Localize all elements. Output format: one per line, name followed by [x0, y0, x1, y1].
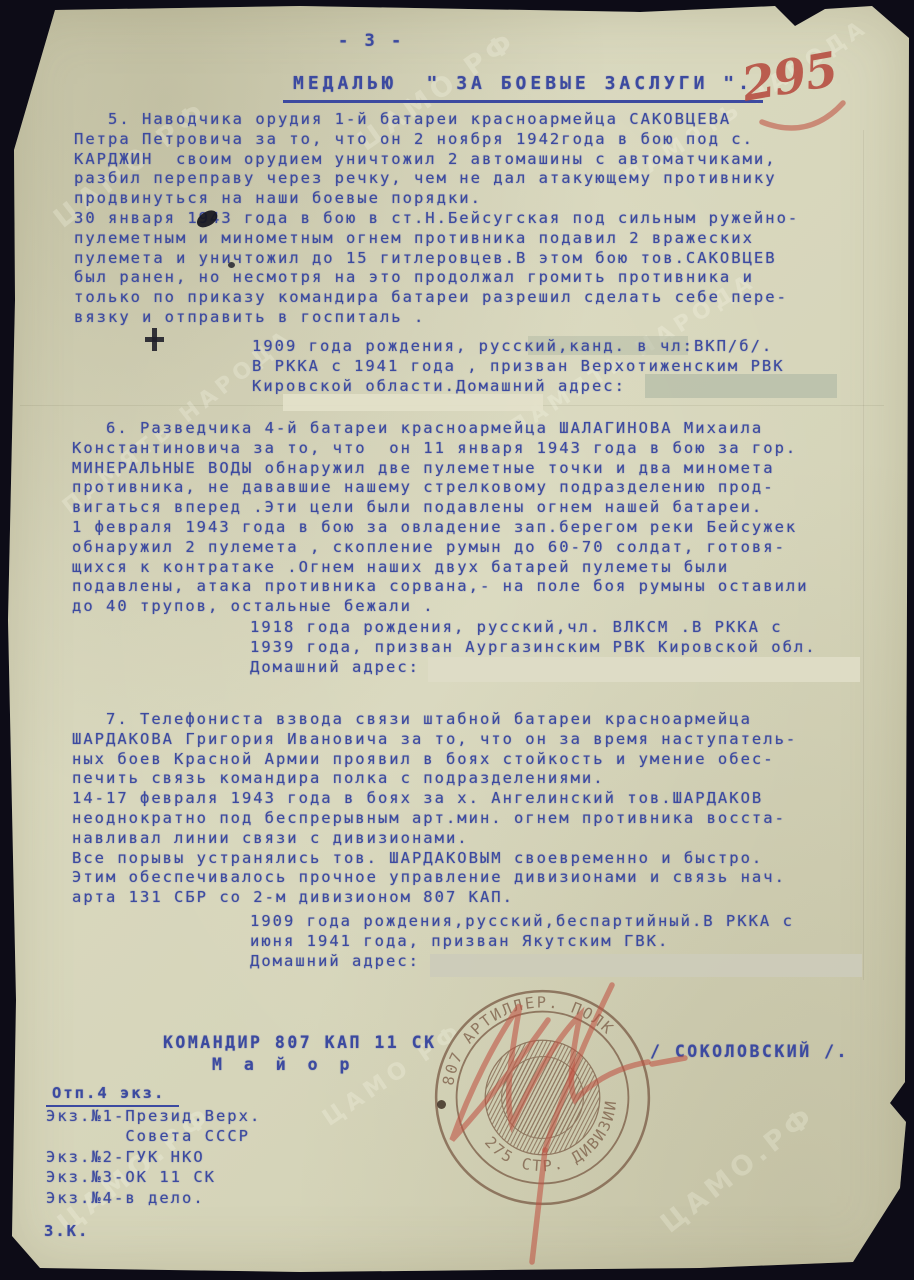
paragraph-5-personal-details: 1909 года рождения, русский,канд. в чл:В… [252, 337, 872, 396]
commander-name: / СОКОЛОВСКИЙ /. [650, 1042, 849, 1062]
paragraph-7-personal-details: 1909 года рождения,русский,беспартийный.… [250, 912, 870, 971]
stamp-ink-dot [437, 1100, 446, 1109]
paragraph-6-citation: 6. Разведчика 4-й батареи красноармейца … [72, 419, 882, 617]
paragraph-5-citation: 5. Наводчика орудия 1-й батареи красноар… [74, 110, 874, 328]
document-title: МЕДАЛЬЮ " ЗА БОЕВЫЕ ЗАСЛУГИ ". [283, 74, 763, 103]
commander-rank-line: М а й о р [212, 1055, 355, 1075]
page-number: - 3 - [338, 32, 458, 52]
clerk-initials: З.К. [44, 1222, 89, 1242]
scanned-document-view: ЦАМО РФ ЦАМО РФ ПАМЯТЬ НАРОДА ПАМЯТЬ НАР… [0, 0, 914, 1280]
distribution-header: Отп.4 экз. [46, 1084, 179, 1107]
paragraph-7-citation: 7. Телефониста взвода связи штабной бата… [72, 710, 882, 908]
paragraph-6-personal-details: 1918 года рождения, русский,чл. ВЛКСМ .В… [250, 618, 870, 677]
ink-speck [145, 337, 164, 342]
ink-speck [228, 262, 235, 268]
distribution-list: Экз.№1-Презид.Верх. Совета СССР Экз.№2-Г… [46, 1106, 261, 1208]
commander-position-line: КОМАНДИР 807 КАП 11 СК [163, 1033, 437, 1053]
redaction-box [283, 394, 543, 411]
